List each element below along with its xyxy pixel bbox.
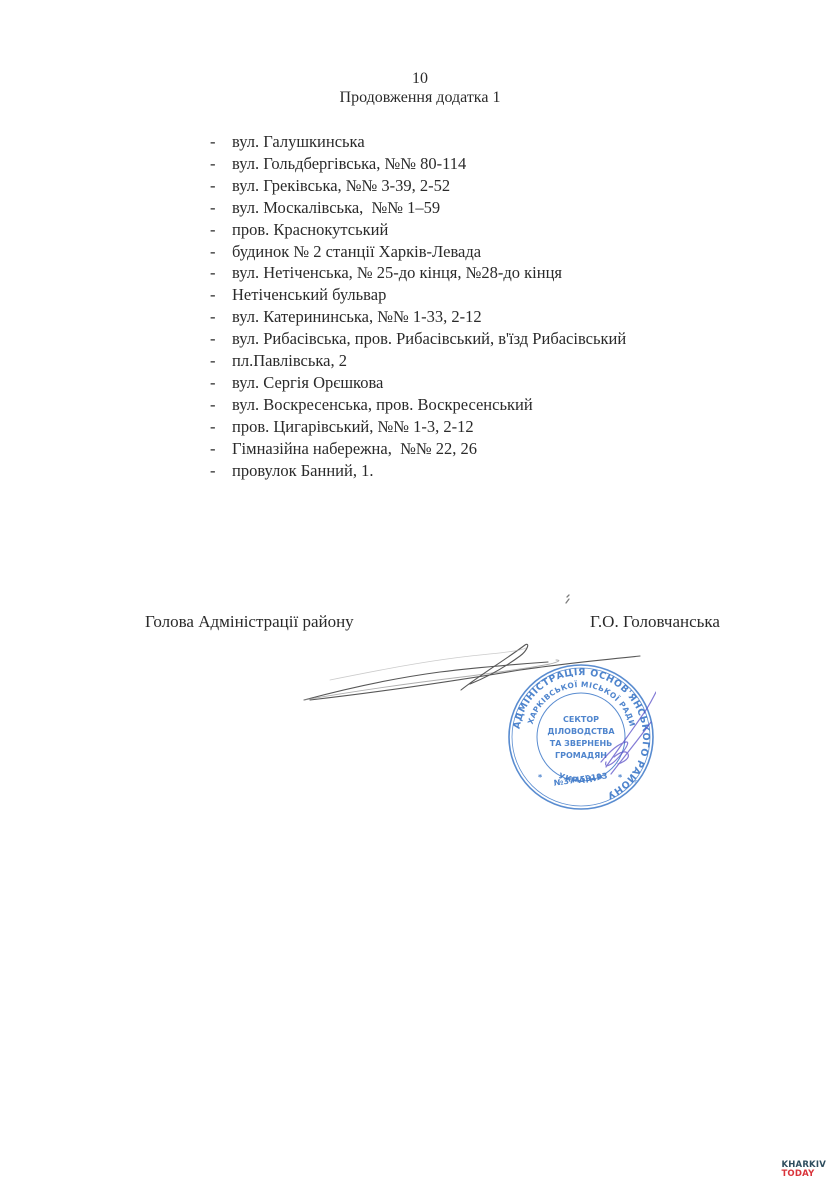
list-dash: - (210, 394, 232, 416)
signature-block: Голова Адміністрації району Г.О. Головча… (0, 612, 840, 636)
list-dash: - (210, 241, 232, 263)
list-item: -вул. Гольдбергівська, №№ 80-114 (210, 153, 626, 175)
address-text: пл.Павлівська, 2 (232, 350, 347, 372)
kharkiv-today-watermark: KHARKIV TODAY (781, 1161, 826, 1179)
address-list: -вул. Галушкинська -вул. Гольдбергівська… (210, 131, 626, 482)
list-item: -вул. Сергія Орєшкова (210, 372, 626, 394)
address-text: Нетіченський бульвар (232, 284, 386, 306)
address-text: вул. Греківська, №№ 3-39, 2-52 (232, 175, 450, 197)
svg-text:ДІЛОВОДСТВА: ДІЛОВОДСТВА (547, 727, 615, 736)
address-text: вул. Воскресенська, пров. Воскресенський (232, 394, 533, 416)
list-item: -вул. Москалівська, №№ 1–59 (210, 197, 626, 219)
address-text: вул. Сергія Орєшкова (232, 372, 383, 394)
list-dash: - (210, 175, 232, 197)
address-text: вул. Катерининська, №№ 1-33, 2-12 (232, 306, 482, 328)
list-item: -провулок Банний, 1. (210, 460, 626, 482)
watermark-line-2: TODAY (781, 1170, 826, 1179)
svg-text:ТА ЗВЕРНЕНЬ: ТА ЗВЕРНЕНЬ (550, 739, 613, 748)
signatory-name: Г.О. Головчанська (590, 612, 720, 632)
list-dash: - (210, 416, 232, 438)
list-dash: - (210, 460, 232, 482)
address-text: провулок Банний, 1. (232, 460, 373, 482)
list-dash: - (210, 306, 232, 328)
address-text: пров. Цигарівський, №№ 1-3, 2-12 (232, 416, 474, 438)
list-dash: - (210, 438, 232, 460)
address-text: вул. Рибасівська, пров. Рибасівський, в'… (232, 328, 626, 350)
address-text: вул. Галушкинська (232, 131, 365, 153)
address-text: вул. Гольдбергівська, №№ 80-114 (232, 153, 466, 175)
list-dash: - (210, 328, 232, 350)
signatory-title: Голова Адміністрації району (145, 612, 354, 632)
list-item: -вул. Воскресенська, пров. Воскресенськи… (210, 394, 626, 416)
svg-text:*: * (538, 773, 543, 782)
list-item: -пров. Цигарівський, №№ 1-3, 2-12 (210, 416, 626, 438)
svg-text:ГРОМАДЯН: ГРОМАДЯН (555, 751, 607, 760)
list-dash: - (210, 131, 232, 153)
address-text: Гімназійна набережна, №№ 22, 26 (232, 438, 477, 460)
page-number: 10 (0, 70, 840, 88)
list-item: -пров. Краснокутський (210, 219, 626, 241)
address-text: вул. Москалівська, №№ 1–59 (232, 197, 440, 219)
address-text: вул. Нетіченська, № 25-до кінця, №28-до … (232, 262, 562, 284)
list-dash: - (210, 153, 232, 175)
list-item: -вул. Галушкинська (210, 131, 626, 153)
list-item: -вул. Нетіченська, № 25-до кінця, №28-до… (210, 262, 626, 284)
official-stamp-icon: АДМІНІСТРАЦІЯ ОСНОВ'ЯНСЬКОГО РАЙОНУ ХАРК… (506, 662, 656, 812)
list-dash: - (210, 284, 232, 306)
list-dash: - (210, 350, 232, 372)
svg-text:СЕКТОР: СЕКТОР (563, 715, 599, 724)
address-text: будинок № 2 станції Харків-Левада (232, 241, 481, 263)
list-dash: - (210, 372, 232, 394)
list-item: -Гімназійна набережна, №№ 22, 26 (210, 438, 626, 460)
address-text: пров. Краснокутський (232, 219, 388, 241)
list-item: -будинок № 2 станції Харків-Левада (210, 241, 626, 263)
list-dash: - (210, 219, 232, 241)
list-dash: - (210, 197, 232, 219)
appendix-continuation-heading: Продовження додатка 1 (0, 89, 840, 107)
list-item: -вул. Катерининська, №№ 1-33, 2-12 (210, 306, 626, 328)
list-item: -пл.Павлівська, 2 (210, 350, 626, 372)
list-dash: - (210, 262, 232, 284)
list-item: -Нетіченський бульвар (210, 284, 626, 306)
list-item: -вул. Греківська, №№ 3-39, 2-52 (210, 175, 626, 197)
list-item: -вул. Рибасівська, пров. Рибасівський, в… (210, 328, 626, 350)
